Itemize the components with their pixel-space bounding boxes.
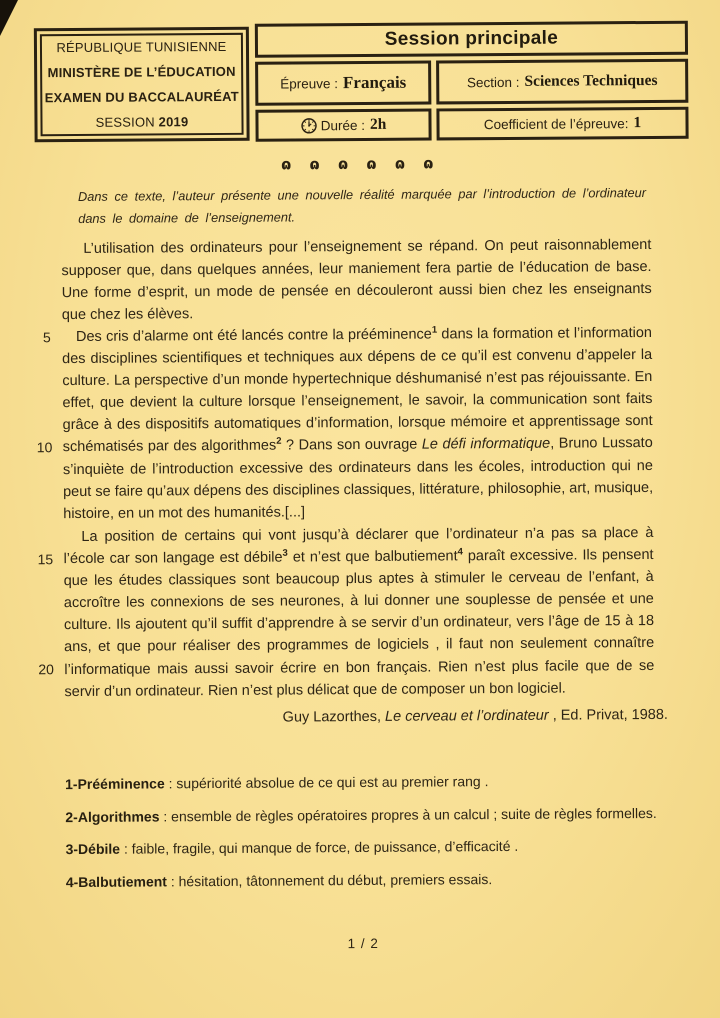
- note-item: 4-Balbutiement : hésitation, tâtonnement…: [66, 866, 658, 892]
- paragraph-3-text: paraît excessive. Ils pensent que les ét…: [64, 547, 655, 700]
- line-number-20: 20: [38, 661, 54, 677]
- coefficient-cell: Coefficient de l’épreuve: 1: [436, 107, 688, 141]
- note-term: 4-Balbutiement: [66, 873, 167, 890]
- note-term: 2-Algorithmes: [65, 808, 159, 825]
- section-label: Section :: [467, 74, 520, 89]
- epreuve-cell: Épreuve : Français: [255, 60, 431, 105]
- coefficient-value: 1: [633, 114, 641, 132]
- note-item: 2-Algorithmes : ensemble de règles opéra…: [65, 801, 657, 827]
- clock-icon: [301, 117, 318, 134]
- exam-header: RÉPUBLIQUE TUNISIENNE MINISTÈRE DE L’ÉDU…: [34, 21, 689, 144]
- attribution-rest: , Ed. Privat, 1988.: [549, 707, 668, 724]
- note-item: 3-Débile : faible, fragile, qui manque d…: [65, 834, 657, 860]
- duree-value: 2h: [370, 116, 387, 134]
- book-title-italic: Le défi informatique: [422, 436, 550, 453]
- note-def: : faible, fragile, qui manque de force, …: [120, 838, 518, 857]
- coefficient-label: Coefficient de l’épreuve:: [484, 116, 629, 132]
- ministry-line: MINISTÈRE DE L’ÉDUCATION: [42, 59, 241, 85]
- intro-note: Dans ce texte, l’auteur présente une nou…: [78, 182, 646, 230]
- session-year: 2019: [159, 114, 189, 129]
- exam-meta-box: Session principale Épreuve : Français Se…: [255, 21, 689, 142]
- attribution-author: Guy Lazorthes,: [283, 709, 385, 726]
- duree-label: Durée :: [321, 117, 365, 132]
- note-def: : supériorité absolue de ce qui est au p…: [165, 773, 489, 791]
- paragraph-2-text: ? Dans son ouvrage: [281, 437, 421, 454]
- paragraph-3-text: et n’est que balbutiement: [288, 548, 458, 565]
- scanned-content: RÉPUBLIQUE TUNISIENNE MINISTÈRE DE L’ÉDU…: [0, 0, 720, 1018]
- exam-page: RÉPUBLIQUE TUNISIENNE MINISTÈRE DE L’ÉDU…: [0, 0, 720, 1018]
- section-cell: Section : Sciences Techniques: [436, 59, 688, 105]
- paragraph-2: Des cris d’alarme ont été lancés contre …: [62, 322, 653, 525]
- paragraph-1: L’utilisation des ordinateurs pour l’ens…: [61, 234, 652, 326]
- session-word: SESSION: [96, 114, 159, 129]
- epreuve-value: Français: [343, 73, 406, 93]
- line-number-15: 15: [37, 551, 53, 567]
- republic-line: RÉPUBLIQUE TUNISIENNE: [42, 34, 241, 60]
- line-number-10: 10: [37, 439, 53, 455]
- exam-line: EXAMEN DU BACCALAURÉAT: [42, 84, 241, 110]
- duree-cell: Durée : 2h: [255, 108, 431, 141]
- section-ornament: ɷ ɷ ɷ ɷ ɷ ɷ: [0, 152, 718, 175]
- epreuve-label: Épreuve :: [280, 76, 338, 91]
- session-title: Session principale: [385, 28, 558, 51]
- institution-box-inner: RÉPUBLIQUE TUNISIENNE MINISTÈRE DE L’ÉDU…: [40, 33, 244, 136]
- line-number-5: 5: [43, 329, 51, 345]
- note-def: : ensemble de règles opératoires propres…: [159, 804, 656, 823]
- session-cell: Session principale: [255, 21, 688, 58]
- page-number: 1 / 2: [3, 933, 720, 953]
- paragraph-2-text: Des cris d’alarme ont été lancés contre …: [76, 326, 432, 344]
- note-term: 1-Prééminence: [65, 775, 165, 792]
- note-term: 3-Débile: [66, 841, 121, 857]
- section-value: Sciences Techniques: [524, 72, 657, 91]
- attribution-work-italic: Le cerveau et l’ordinateur: [385, 708, 549, 725]
- attribution: Guy Lazorthes, Le cerveau et l’ordinateu…: [283, 707, 668, 726]
- paragraph-3: La position de certains qui vont jusqu’à…: [63, 522, 654, 703]
- session-line: SESSION 2019: [42, 109, 241, 135]
- note-def: : hésitation, tâtonnement du début, prem…: [167, 871, 492, 889]
- institution-box: RÉPUBLIQUE TUNISIENNE MINISTÈRE DE L’ÉDU…: [34, 27, 250, 142]
- note-item: 1-Prééminence : supériorité absolue de c…: [65, 769, 657, 795]
- footnotes: 1-Prééminence : supériorité absolue de c…: [65, 769, 658, 903]
